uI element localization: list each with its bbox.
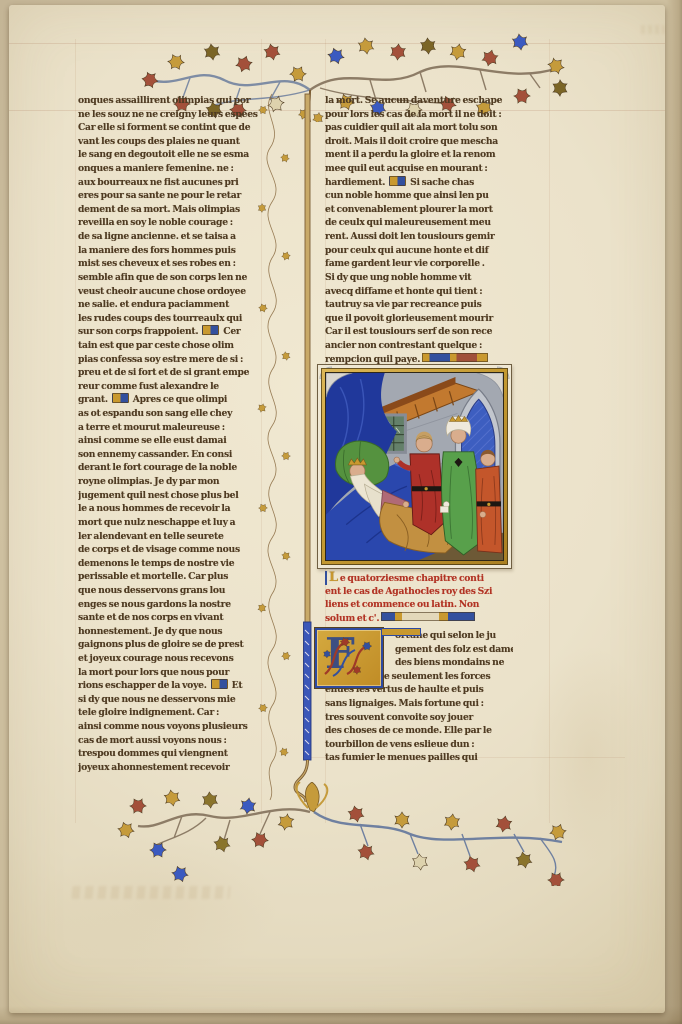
manuscript-text-line: tourbillon de vens eslieue dun :: [325, 738, 513, 752]
rubric-line: liens et commence ou latin. Non: [325, 598, 513, 612]
manuscript-text-line: son ennemy cassander. En consi: [78, 448, 264, 462]
manuscript-text-line: hardiement. Si sache chas: [325, 176, 513, 190]
manuscript-text-line: Car il est tousiours serf de son rece: [325, 325, 513, 339]
manuscript-text-line: sur son corps frappoient. Cer: [78, 325, 264, 339]
manuscript-text-line: as ot espandu son sang elle chey: [78, 407, 264, 421]
manuscript-text-line: mee quil eut acquise en mourant :: [325, 162, 513, 176]
paraph-mark: [112, 393, 129, 403]
manuscript-text-line: tres souvent convoite soy jouer: [325, 711, 513, 725]
manuscript-text-line: la mort. Se aucun daventure eschape: [325, 94, 513, 108]
manuscript-text-line: de corps et de visage comme nous: [78, 543, 264, 557]
manuscript-text-line: Car elle si forment se contint que de: [78, 121, 264, 135]
manuscript-text-line: et joyeux courage nous recevons: [78, 652, 264, 666]
manuscript-text-line: onques assaillirent olimpias qui por: [78, 94, 264, 108]
ivy-border-bottom: [110, 782, 580, 886]
paraph-mark: [389, 176, 406, 186]
manuscript-text-line: sante et de nos corps en vivant: [78, 611, 264, 625]
paraph-mark: [211, 679, 228, 689]
miniature-illustration: [317, 364, 512, 569]
manuscript-text-line: a terre et mourut maleureuse :: [78, 421, 264, 435]
manuscript-text-line: derant le fort courage de la noble: [78, 461, 264, 475]
bar-border-and-penwork-vine: [256, 88, 312, 804]
manuscript-text-line: tele gloire indignement. Car :: [78, 706, 264, 720]
line-filler: [381, 612, 475, 621]
manuscript-text-line: pas cuidier quil ait ala mort tolu son: [325, 121, 513, 135]
manuscript-text-line: ne les souz ne ne creigny leurs espees: [78, 108, 264, 122]
ruling-line: [549, 39, 550, 823]
manuscript-text-line: honnestement. Je dy que nous: [78, 625, 264, 639]
manuscript-text-line: la mort pour lors que nous pour: [78, 666, 264, 680]
manuscript-text-line: droit. Mais il doit croire que mescha: [325, 135, 513, 149]
manuscript-text-line: ancier non contrestant quelque :: [325, 339, 513, 353]
manuscript-text-line: tautruy sa vie par recreance puis: [325, 298, 513, 312]
manuscript-text-line: Si dy que ung noble homme vit: [325, 271, 513, 285]
manuscript-text-line: ler alendevant en telle seurete: [78, 530, 264, 544]
manuscript-text-line: reveilla en soy le noble courage :: [78, 216, 264, 230]
manuscript-photo: onques assaillirent olimpias qui porne l…: [0, 0, 682, 1024]
manuscript-text-line: cun noble homme que ainsi len pu: [325, 189, 513, 203]
manuscript-text-line: le a nous hommes de recevoir la: [78, 502, 264, 516]
manuscript-text-line: pias confessa soy estre mere de si :: [78, 353, 264, 367]
manuscript-text-line: royne olimpias. Je dy par mon: [78, 475, 264, 489]
manuscript-text-line: que il povoit glorieusement mourir: [325, 312, 513, 326]
manuscript-text-line: ment il a perdu la gloire et la renom: [325, 148, 513, 162]
text-column-left: onques assaillirent olimpias qui porne l…: [78, 94, 264, 774]
manuscript-text-line: enges se nous gardons la nostre: [78, 598, 264, 612]
manuscript-text-line: grant. Apres ce que olimpi: [78, 393, 264, 407]
manuscript-text-line: eres pour sa sante ne pour le retar: [78, 189, 264, 203]
page-edge-shadow: [0, 1006, 682, 1024]
manuscript-text-line: gaignons plus de gloire se de prest: [78, 638, 264, 652]
manuscript-text-line: jugement quil nest chose plus bel: [78, 489, 264, 503]
manuscript-text-line: tas fumier le menues pailles qui: [325, 751, 513, 765]
manuscript-text-line: des choses de ce monde. Elle par le: [325, 724, 513, 738]
manuscript-text-line: mort que nulz neschappe et luy a: [78, 516, 264, 530]
chapter-rubric: Le quatorziesme chapitre contient le cas…: [325, 571, 513, 625]
manuscript-text-line: fame gardent leur vie corporelle .: [325, 257, 513, 271]
manuscript-text-line: rent. Aussi doit len tousiours gemir: [325, 230, 513, 244]
manuscript-text-line: pour lors les cas de la mort il ne doit …: [325, 108, 513, 122]
manuscript-text-line: ne salie. et endura paciamment: [78, 298, 264, 312]
manuscript-text-line: si dy que nous ne desservons mie: [78, 693, 264, 707]
manuscript-text-line: joyeux ahonnestement recevoir: [78, 761, 264, 775]
manuscript-text-line: que nous desservons grans lou: [78, 584, 264, 598]
manuscript-text-line: le sang en degoutoit elle ne se esma: [78, 148, 264, 162]
text-column-right-upper: la mort. Se aucun daventure eschapepour …: [325, 94, 513, 366]
ruling-line: [75, 39, 76, 823]
page-edge-shadow: [666, 0, 682, 1024]
manuscript-text-line: rions eschapper de la voye. Et: [78, 679, 264, 693]
manuscript-text-line: mist ses cheveux et ses robes en :: [78, 257, 264, 271]
manuscript-text-line: cas de mort aussi voyons nous :: [78, 734, 264, 748]
manuscript-text-line: les rudes coups des tourreaulx qui: [78, 312, 264, 326]
paraph-mark: [202, 325, 219, 335]
miniature-gold-frame: [321, 368, 508, 565]
manuscript-text-line: la maniere des fors hommes puis: [78, 244, 264, 258]
rubric-line: ent le cas de Agathocles roy des Szi: [325, 585, 513, 599]
manuscript-text-line: de sa ligne ancienne. et se taisa a: [78, 230, 264, 244]
initial-foliage: [317, 630, 377, 682]
initial-extension-bar: [381, 628, 421, 636]
manuscript-text-line: perissable et mortelle. Car plus: [78, 570, 264, 584]
manuscript-text-line: reur comme fust alexandre le: [78, 380, 264, 394]
line-filler: [422, 353, 488, 362]
manuscript-text-line: demenons le temps de nostre vie: [78, 557, 264, 571]
miniature-scene: [326, 373, 503, 560]
manuscript-text-line: ainsi comme nous voyons plusieurs: [78, 720, 264, 734]
manuscript-text-line: semble afin que de son corps len ne: [78, 271, 264, 285]
manuscript-text-line: preu et de si fort et de si grant empe: [78, 366, 264, 380]
manuscript-text-line: et convenablement plourer la mort: [325, 203, 513, 217]
manuscript-text-line: trespou dommes qui viengnent: [78, 747, 264, 761]
manuscript-text-line: aux bourreaux ne fist aucunes pri: [78, 176, 264, 190]
manuscript-text-line: dement de sa mort. Mais olimpias: [78, 203, 264, 217]
rubric-cadel-initial: L: [325, 571, 338, 585]
manuscript-text-line: tain est que par ceste chose olim: [78, 339, 264, 353]
manuscript-text-line: ainsi comme se elle eust damai: [78, 434, 264, 448]
manuscript-text-line: onques a maniere femenine. ne :: [78, 162, 264, 176]
manuscript-text-line: vant les coups des plaies ne quant: [78, 135, 264, 149]
manuscript-text-line: pour ceulx qui aucune honte et dif: [325, 244, 513, 258]
rubric-line: Le quatorziesme chapitre conti: [325, 571, 513, 585]
manuscript-text-line: avecq diffame et honte qui tient :: [325, 285, 513, 299]
text-column-right-lower: F ortune qui selon le jugement des folz …: [325, 629, 513, 765]
manuscript-text-line: sans lignaiges. Mais fortune qui :: [325, 697, 513, 711]
illuminated-initial: F: [315, 628, 383, 688]
manuscript-text-line: veust cheoir aucune chose ordoyee: [78, 285, 264, 299]
manuscript-text-line: de ceulx qui maleureusement meu: [325, 216, 513, 230]
